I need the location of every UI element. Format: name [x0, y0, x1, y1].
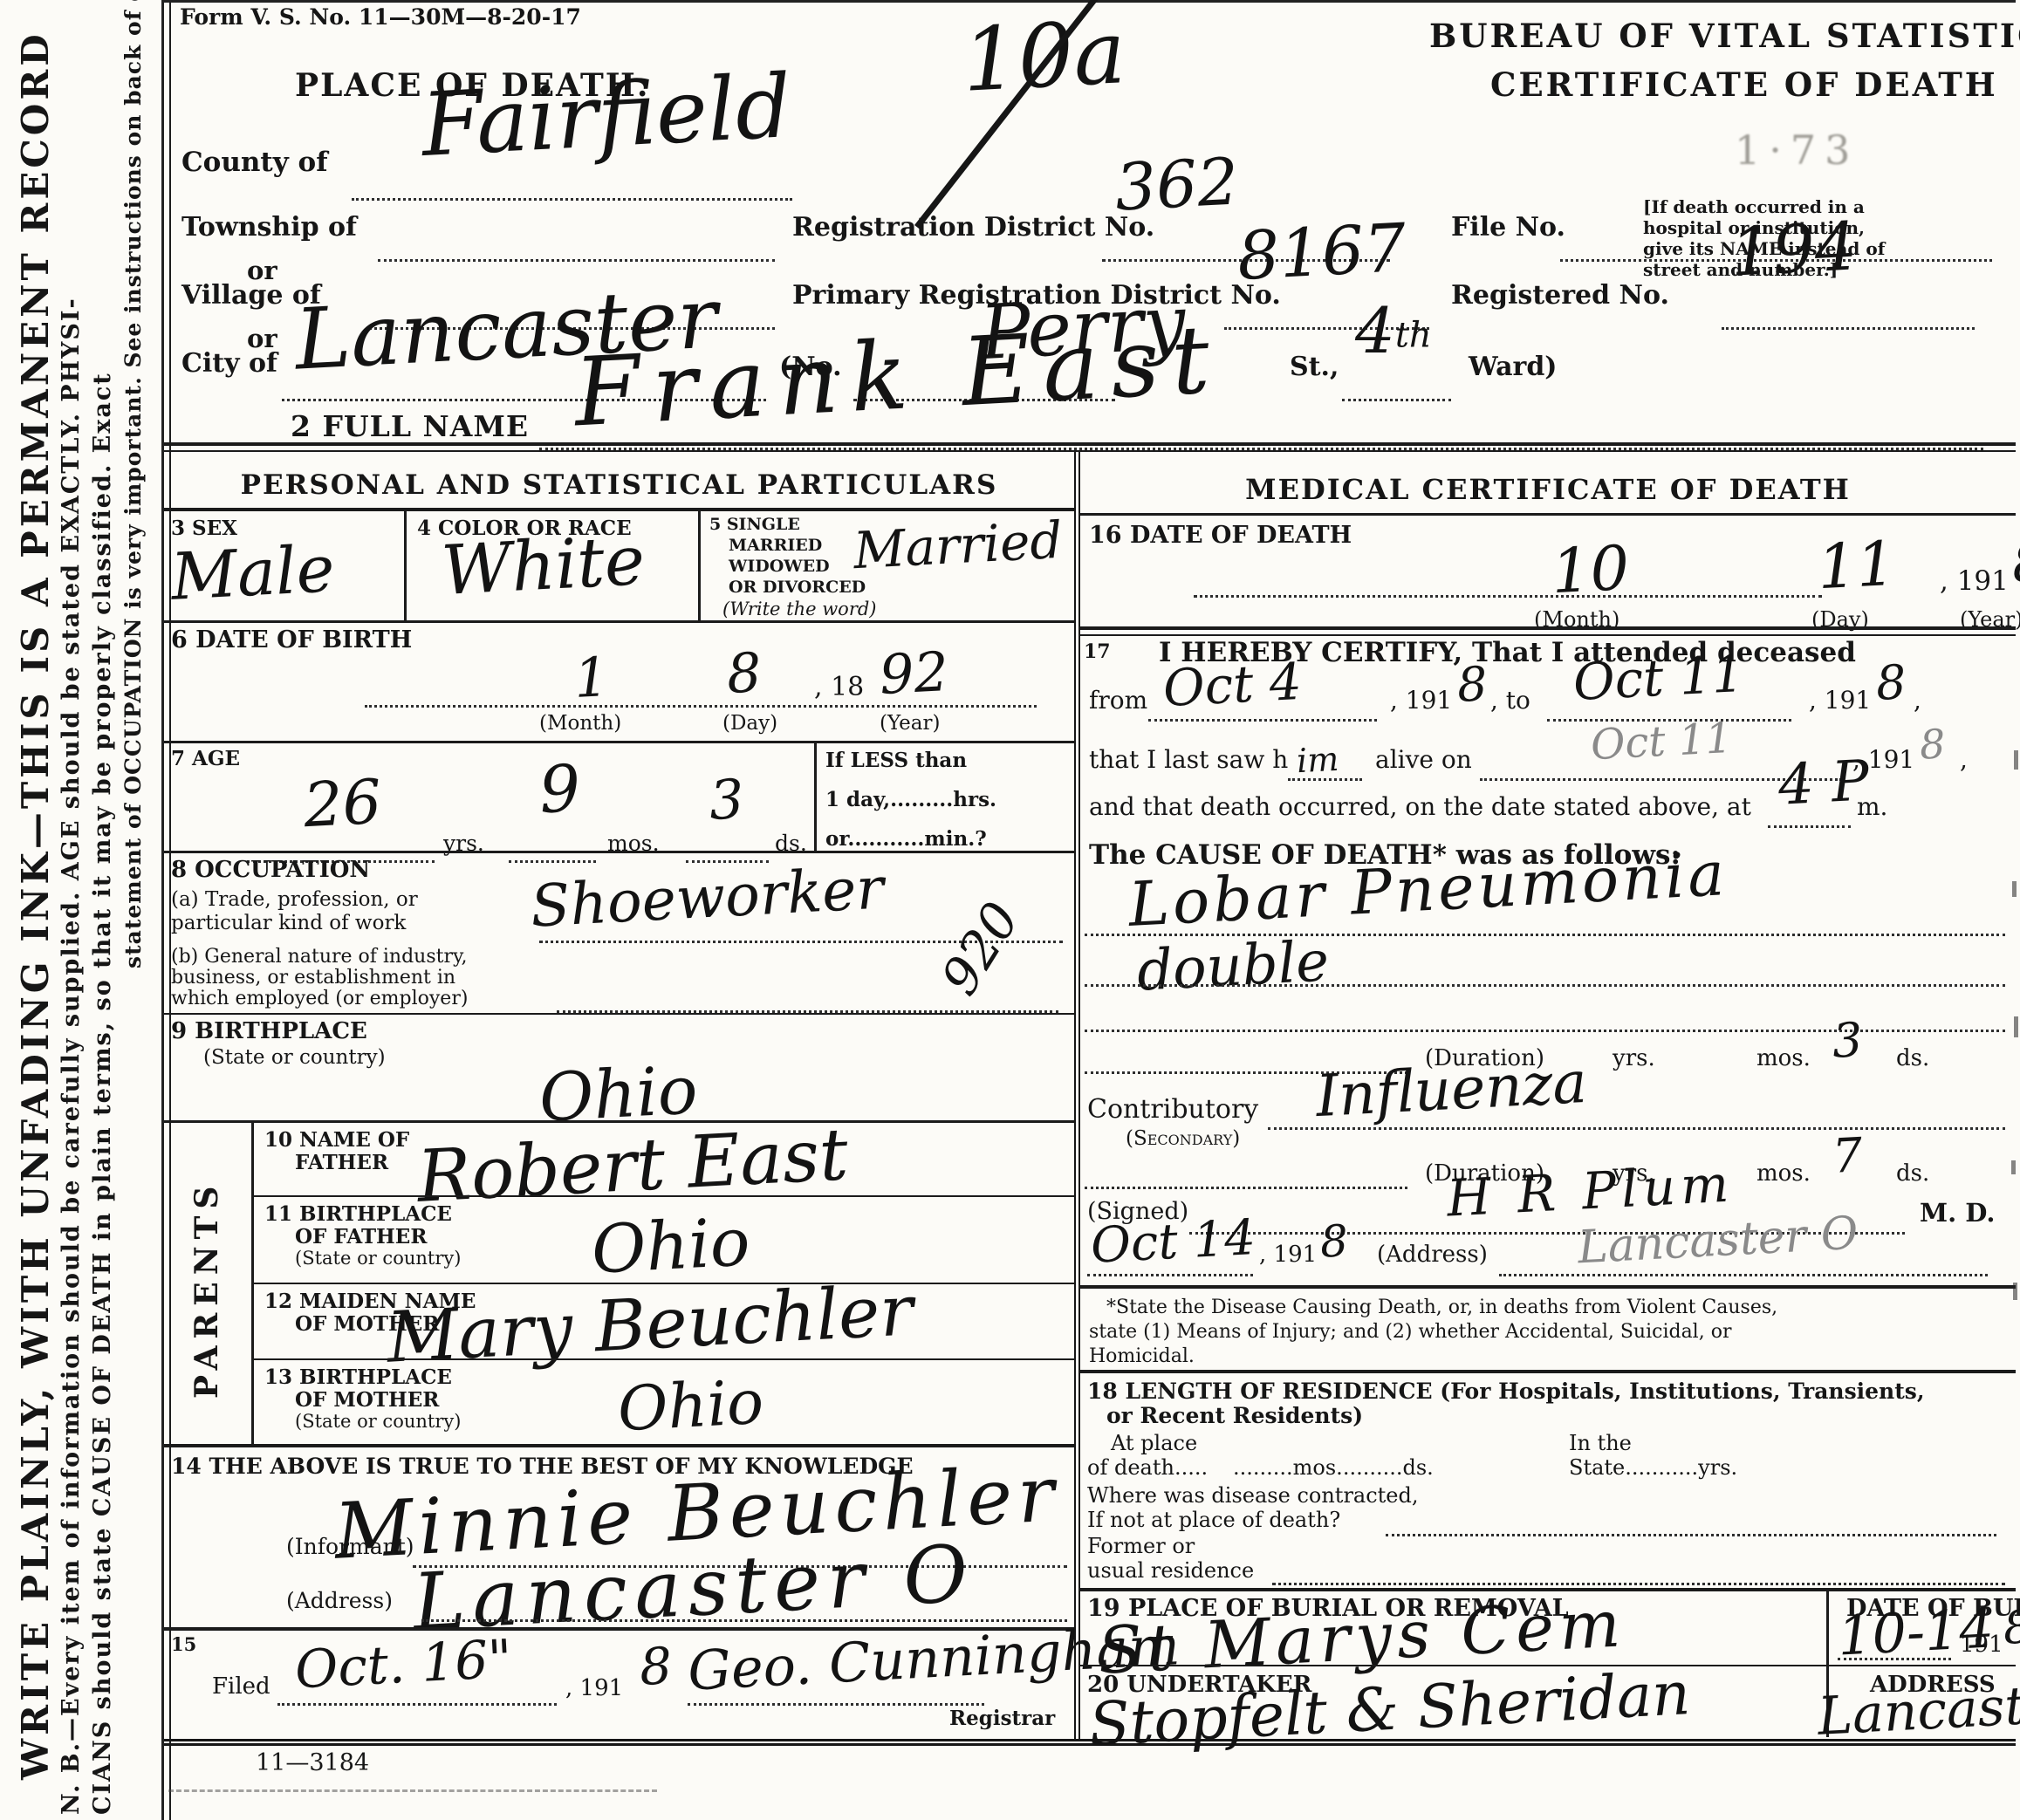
form-code: 11—3184	[256, 1749, 369, 1776]
father-birthplace-handwritten-value: Ohio	[590, 1208, 751, 1283]
duration1-yrs-caption: yrs.	[1613, 1045, 1655, 1071]
filed-year-written: 8	[639, 1640, 674, 1693]
occupation-label: 8 OCCUPATION	[171, 857, 370, 883]
duration1-ds-caption: ds.	[1896, 1045, 1929, 1071]
full-name-label: 2 FULL NAME	[291, 409, 529, 443]
former-residence-line1: Former or	[1087, 1534, 1195, 1558]
dob-year-printed: , 18	[814, 672, 864, 702]
death-day-value: 11	[1816, 533, 1897, 599]
personal-section-title: PERSONAL AND STATISTICAL PARTICULARS	[164, 469, 1074, 501]
duration1-mos-caption: mos.	[1756, 1045, 1811, 1071]
race-marital-divider	[698, 508, 701, 620]
sex-handwritten-value: Male	[169, 537, 336, 610]
father-birthplace-label-line1: 11 BIRTHPLACE	[264, 1202, 452, 1226]
ward-handwritten-value: 4th	[1355, 299, 1432, 362]
dob-row-rule	[164, 741, 1074, 743]
at-place-line1: At place	[1111, 1431, 1197, 1455]
registrar-label: Registrar	[949, 1707, 1055, 1730]
contributory-handwritten-value: Influenza	[1314, 1054, 1588, 1126]
burial-year-printed: 191	[1960, 1632, 2003, 1658]
date-of-death-rule	[1080, 626, 2016, 636]
duration2-days-value: 7	[1832, 1132, 1864, 1180]
father-name-label-line2: FATHER	[295, 1151, 388, 1174]
bureau-title: BUREAU OF VITAL STATISTICS	[1429, 17, 2020, 55]
city-label: City of	[181, 348, 277, 379]
dob-year-written: 92	[878, 645, 949, 702]
marital-write-note: (Write the word)	[722, 599, 877, 619]
death-certificate-scan: WRITE PLAINLY, WITH UNFADING INK—THIS IS…	[0, 0, 2020, 1820]
burial-date-dotted	[1838, 1656, 1951, 1660]
contracted-dotted	[1386, 1532, 1996, 1536]
in-the-line1: In the	[1569, 1431, 1632, 1455]
scan-artifact	[2014, 1016, 2018, 1037]
hospital-instruction-note: [If death occurred in a hospital or inst…	[1643, 196, 1896, 280]
signed-address-label: (Address)	[1377, 1242, 1488, 1268]
at-place-mos-ds: .........mos..........ds.	[1233, 1455, 1434, 1480]
age-subcell-divider	[814, 741, 817, 851]
scan-artifact	[2011, 1160, 2016, 1174]
attended-from-year-written: 8	[1456, 660, 1489, 709]
date-of-death-label: 16 DATE OF DEATH	[1089, 522, 1352, 549]
footnote-line1: *State the Disease Causing Death, or, in…	[1106, 1297, 1777, 1318]
duration2-ds-caption: ds.	[1896, 1160, 1929, 1187]
footnote-line2: state (1) Means of Injury; and (2) wheth…	[1089, 1321, 1731, 1343]
attended-to-label: , to	[1490, 686, 1530, 715]
attended-from-value: Oct 4	[1162, 656, 1304, 714]
dob-month-value: 1	[572, 650, 610, 706]
certificate-title: CERTIFICATE OF DEATH	[1490, 65, 1998, 104]
disease-contracted-line2: If not at place of death?	[1087, 1508, 1340, 1532]
death-occurred-label: and that death occurred, on the date sta…	[1089, 792, 1751, 821]
margin-note-occupation: statement of OCCUPATION is very importan…	[120, 0, 146, 968]
disease-contracted-line1: Where was disease contracted,	[1087, 1483, 1419, 1508]
informant-label: (Informant)	[286, 1534, 414, 1559]
mother-birthplace-label-line2: OF MOTHER	[295, 1388, 439, 1412]
father-name-label-line1: 10 NAME OF	[264, 1128, 409, 1152]
attended-from-year-printed: , 191	[1390, 686, 1452, 715]
signed-date-dotted	[1087, 1272, 1253, 1276]
death-time-m-label: m.	[1857, 792, 1887, 821]
last-saw-him-dotted	[1288, 777, 1362, 781]
personal-statistical-section: PERSONAL AND STATISTICAL PARTICULARS 3 S…	[164, 452, 1080, 1739]
duration2-mos-caption: mos.	[1756, 1160, 1811, 1187]
county-label: County of	[181, 147, 328, 178]
sex-row-rule	[164, 620, 1074, 623]
filed-item-number: 15	[171, 1633, 196, 1655]
birthplace-label: 9 BIRTHPLACE	[171, 1018, 367, 1044]
informant-address-dotted-line	[421, 1618, 1067, 1622]
footnote-bottom-rule	[1080, 1370, 2016, 1373]
attended-to-year-written: 8	[1875, 659, 1907, 708]
death-year-printed: , 191	[1940, 565, 2009, 597]
st-label: St.,	[1290, 352, 1339, 382]
filed-dotted-line-2	[688, 1701, 984, 1706]
less-than-line3: or...........min.?	[825, 827, 987, 851]
occupation-diagonal-mark: 920	[933, 894, 1027, 1003]
less-than-line2: 1 day,.........hrs.	[825, 788, 996, 811]
registration-district-label: Registration District No.	[792, 212, 1154, 243]
ward-dotted-line	[1342, 397, 1451, 401]
dob-day-caption: (Day)	[722, 712, 777, 735]
former-residence-line2: usual residence	[1087, 1558, 1254, 1583]
attended-from-label: from	[1089, 686, 1147, 715]
filed-date-handwritten-value: Oct. 16"	[294, 1633, 514, 1697]
color-race-handwritten-value: White	[440, 527, 647, 606]
occupation-a-line2: particular kind of work	[171, 912, 406, 934]
age-row-rule	[164, 851, 1074, 853]
scan-artifact-dash	[168, 1789, 657, 1792]
township-label: Township of	[181, 212, 357, 243]
occupation-b-line1: (b) General nature of industry,	[171, 946, 468, 968]
occupation-handwritten-value: Shoeworker	[530, 859, 886, 935]
scan-artifact	[2014, 750, 2018, 770]
residence-label-line1: 18 LENGTH OF RESIDENCE (For Hospitals, I…	[1087, 1379, 1925, 1404]
certificate-columns: PERSONAL AND STATISTICAL PARTICULARS 3 S…	[164, 452, 2016, 1746]
physician-signature: H R Plum	[1446, 1158, 1736, 1223]
mother-name-rule	[251, 1358, 1074, 1360]
filed-dotted-line-1	[277, 1701, 557, 1706]
marital-option-married: MARRIED	[729, 536, 822, 555]
ward-label: Ward)	[1469, 352, 1558, 382]
dob-day-value: 8	[725, 646, 763, 701]
medical-title-rule	[1080, 513, 2016, 516]
contributory-label: Contributory	[1087, 1094, 1258, 1125]
place-of-death-section: Form V. S. No. 11—30M—8-20-17 BUREAU OF …	[164, 3, 2016, 452]
form-number: Form V. S. No. 11—30M—8-20-17	[180, 4, 581, 30]
marital-handwritten-value: Married	[853, 515, 1064, 576]
attended-from-dotted	[1148, 717, 1377, 722]
father-name-handwritten-value: Robert East	[415, 1119, 850, 1214]
signed-year-written: 8	[1319, 1219, 1349, 1264]
less-than-line1: If LESS than	[825, 749, 967, 772]
certification-bottom-rule	[1080, 1285, 2016, 1289]
margin-note-permanent-record: WRITE PLAINLY, WITH UNFADING INK—THIS IS…	[14, 31, 57, 1780]
residence-label-line2: or Recent Residents)	[1106, 1403, 1363, 1428]
handwritten-corner-mark: 10a	[961, 9, 1128, 105]
primary-registration-value: 8167	[1236, 215, 1407, 290]
age-months-value: 9	[538, 756, 582, 823]
occupation-row-rule	[164, 1013, 1074, 1015]
duration1-days-value: 3	[1832, 1016, 1864, 1065]
mother-birthplace-handwritten-value: Ohio	[616, 1372, 764, 1440]
dob-label: 6 DATE OF BIRTH	[171, 626, 412, 653]
in-the-line2: State...........yrs.	[1569, 1455, 1737, 1480]
parents-bottom-rule	[164, 1444, 1074, 1447]
usual-residence-dotted	[1272, 1581, 2005, 1585]
occupation-a-line1: (a) Trade, profession, or	[171, 888, 418, 911]
cause-dotted-2	[1085, 982, 2005, 987]
header-bottom-rule	[164, 442, 2016, 452]
last-saw-comma: ,	[1960, 745, 1968, 774]
at-place-line2: of death.....	[1087, 1455, 1208, 1480]
dob-year-caption: (Year)	[880, 712, 940, 735]
dob-dotted-line	[365, 703, 1037, 708]
death-year-written: 8	[2010, 537, 2020, 591]
marital-option-widowed: WIDOWED	[729, 557, 830, 576]
father-birthplace-label-line2: OF FATHER	[295, 1225, 427, 1249]
last-saw-year-written: 8	[1919, 723, 1947, 764]
item-17-number: 17	[1084, 640, 1111, 663]
md-label: M. D.	[1920, 1198, 1996, 1228]
duration2-dotted	[1085, 1185, 1407, 1189]
cause-dotted-3	[1085, 1028, 2005, 1032]
last-saw-him-written: im	[1296, 742, 1339, 777]
registered-no-dotted-line	[1722, 325, 1975, 330]
county-handwritten-value: Fairfield	[420, 63, 794, 169]
sex-race-divider	[404, 508, 407, 620]
cause-of-death-value-line2: double	[1135, 934, 1330, 999]
filed-year-printed: , 191	[565, 1675, 623, 1701]
registration-district-value: 362	[1113, 149, 1240, 220]
signed-address-value: Lancaster O	[1577, 1211, 1859, 1271]
informant-address-label: (Address)	[286, 1588, 393, 1613]
undertaker-address-handwritten-value: Lancaster	[1817, 1677, 2020, 1743]
margin-note-physicians: CIANS should state CAUSE OF DEATH in pla…	[89, 372, 116, 1815]
footnote-line3: Homicidal.	[1089, 1345, 1195, 1367]
parents-vertical-label: PARENTS	[188, 1180, 225, 1399]
township-dotted-line	[378, 257, 775, 262]
death-time-dotted	[1768, 824, 1851, 828]
signed-date-value: Oct 14	[1090, 1214, 1257, 1271]
age-months-dotted	[509, 859, 596, 863]
burial-year-written: 8	[2003, 1604, 2020, 1652]
death-date-dotted	[1194, 593, 1822, 598]
secondary-label: (Secondary)	[1126, 1127, 1240, 1150]
last-saw-label: that I last saw h	[1089, 745, 1288, 774]
signed-year-printed: , 191	[1259, 1242, 1317, 1268]
father-name-rule	[251, 1195, 1074, 1197]
last-saw-date-faint-value: Oct 11	[1590, 717, 1733, 766]
mother-birthplace-label-line1: 13 BIRTHPLACE	[264, 1365, 452, 1389]
birthplace-row-rule	[164, 1120, 1074, 1123]
occupation-b-line3: which employed (or employer)	[171, 988, 468, 1009]
certificate-body: Form V. S. No. 11—30M—8-20-17 BUREAU OF …	[161, 0, 2016, 1820]
birthplace-state-note: (State or country)	[203, 1046, 386, 1069]
father-birthplace-state-note: (State or country)	[295, 1248, 461, 1269]
registered-no-label: Registered No.	[1451, 280, 1669, 311]
margin-note-nb: N. B.—Every item of information should b…	[58, 297, 85, 1815]
personal-title-rule	[164, 508, 1074, 511]
age-years-value: 26	[302, 771, 383, 837]
medical-section-title: MEDICAL CERTIFICATE OF DEATH	[1080, 473, 2016, 506]
file-no-label: File No.	[1451, 212, 1565, 243]
mother-birthplace-state-note: (State or country)	[295, 1411, 461, 1432]
dob-month-caption: (Month)	[539, 712, 621, 735]
age-label: 7 AGE	[171, 747, 240, 770]
signed-address-dotted	[1499, 1272, 1988, 1276]
marital-option-single: 5 SINGLE	[709, 515, 800, 534]
age-days-value: 3	[708, 772, 745, 828]
faint-file-stamp: 1·73	[1735, 127, 1859, 174]
occupation-b-line2: business, or establishment in	[171, 967, 455, 989]
attended-to-comma: ,	[1914, 686, 1921, 715]
attended-to-value: Oct 11	[1572, 648, 1745, 708]
ward-number: 4	[1355, 294, 1395, 367]
scan-artifact	[2012, 881, 2017, 897]
ward-ordinal-suffix: th	[1395, 316, 1432, 356]
alive-on-label: alive on	[1375, 745, 1472, 774]
medical-certificate-section: MEDICAL CERTIFICATE OF DEATH 16 DATE OF …	[1080, 452, 2016, 1739]
marital-option-divorced: OR DIVORCED	[729, 578, 866, 597]
county-dotted-line	[352, 196, 792, 201]
scan-artifact	[2013, 1283, 2017, 1300]
attended-to-year-printed: , 191	[1809, 686, 1871, 715]
filed-label: Filed	[212, 1673, 270, 1700]
